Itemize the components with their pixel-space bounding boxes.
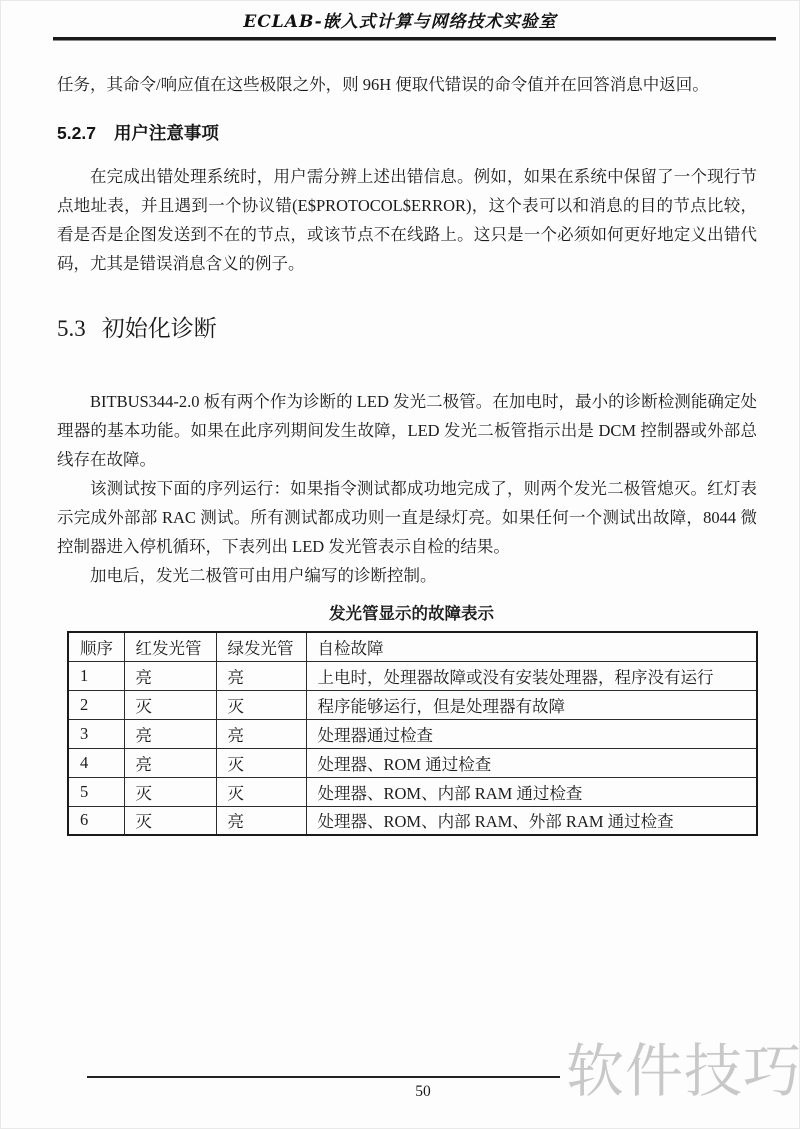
column-header-selftest-fault: 自检故障 bbox=[306, 632, 757, 661]
paragraph-test-sequence: 该测试按下面的序列运行：如果指令测试都成功地完成了，则两个发光二极管熄灭。红灯表… bbox=[57, 474, 757, 561]
cell-red-led: 灭 bbox=[124, 690, 216, 719]
cell-fault-desc: 处理器、ROM、内部 RAM、外部 RAM 通过检查 bbox=[306, 806, 757, 835]
header-double-rule bbox=[53, 37, 776, 41]
cell-green-led: 亮 bbox=[216, 719, 306, 748]
cell-sequence: 6 bbox=[68, 806, 124, 835]
section-number: 5.3 bbox=[57, 316, 86, 341]
cell-fault-desc: 处理器、ROM 通过检查 bbox=[306, 748, 757, 777]
page-number: 50 bbox=[398, 1083, 448, 1101]
section-title: 用户注意事项 bbox=[114, 123, 219, 143]
cell-fault-desc: 上电时，处理器故障或没有安装处理器，程序没有运行 bbox=[306, 661, 757, 690]
column-header-green-led: 绿发光管 bbox=[216, 632, 306, 661]
table-caption: 发光管显示的故障表示 bbox=[67, 600, 756, 624]
column-header-sequence: 顺序 bbox=[68, 632, 124, 661]
section-heading-53: 5.3初始化诊断 bbox=[57, 310, 757, 343]
cell-fault-desc: 程序能够运行，但是处理器有故障 bbox=[306, 690, 757, 719]
table-row: 3 亮 亮 处理器通过检查 bbox=[68, 719, 757, 748]
cell-green-led: 灭 bbox=[216, 690, 306, 719]
led-fault-table: 顺序 红发光管 绿发光管 自检故障 1 亮 亮 上电时，处理器故障或没有安装处理… bbox=[67, 631, 758, 836]
cell-red-led: 亮 bbox=[124, 661, 216, 690]
table-row: 1 亮 亮 上电时，处理器故障或没有安装处理器，程序没有运行 bbox=[68, 661, 757, 690]
cell-sequence: 2 bbox=[68, 690, 124, 719]
page-header: ECLAB-嵌入式计算与网络技术实验室 bbox=[0, 0, 800, 41]
cell-red-led: 亮 bbox=[124, 748, 216, 777]
paragraph-led-intro: BITBUS344-2.0 板有两个作为诊断的 LED 发光二极管。在加电时，最… bbox=[57, 387, 757, 474]
cell-sequence: 3 bbox=[68, 719, 124, 748]
paragraph-carryover: 任务，其命令/响应值在这些极限之外，则 96H 便取代错误的命令值并在回答消息中… bbox=[57, 70, 757, 99]
document-body: 任务，其命令/响应值在这些极限之外，则 96H 便取代错误的命令值并在回答消息中… bbox=[57, 70, 757, 836]
paragraph-power-on: 加电后，发光二极管可由用户编写的诊断控制。 bbox=[57, 561, 757, 590]
cell-red-led: 灭 bbox=[124, 806, 216, 835]
cell-green-led: 亮 bbox=[216, 661, 306, 690]
cell-sequence: 5 bbox=[68, 777, 124, 806]
watermark-text: 软件技巧 bbox=[566, 1040, 800, 1104]
table-row: 5 灭 灭 处理器、ROM、内部 RAM 通过检查 bbox=[68, 777, 757, 806]
cell-red-led: 灭 bbox=[124, 777, 216, 806]
cell-fault-desc: 处理器、ROM、内部 RAM 通过检查 bbox=[306, 777, 757, 806]
section-title: 初始化诊断 bbox=[102, 316, 217, 341]
lab-header-title: ECLAB-嵌入式计算与网络技术实验室 bbox=[0, 7, 800, 32]
table-row: 2 灭 灭 程序能够运行，但是处理器有故障 bbox=[68, 690, 757, 719]
paragraph-user-notes: 在完成出错处理系统时，用户需分辨上述出错信息。例如，如果在系统中保留了一个现行节… bbox=[57, 162, 757, 278]
cell-fault-desc: 处理器通过检查 bbox=[306, 719, 757, 748]
footer-rule bbox=[87, 1076, 560, 1078]
cell-red-led: 亮 bbox=[124, 719, 216, 748]
table-row: 6 灭 亮 处理器、ROM、内部 RAM、外部 RAM 通过检查 bbox=[68, 806, 757, 835]
table-row: 4 亮 灭 处理器、ROM 通过检查 bbox=[68, 748, 757, 777]
document-page: ECLAB-嵌入式计算与网络技术实验室 任务，其命令/响应值在这些极限之外，则 … bbox=[0, 0, 800, 1129]
table-header-row: 顺序 红发光管 绿发光管 自检故障 bbox=[68, 632, 757, 661]
cell-sequence: 1 bbox=[68, 661, 124, 690]
cell-green-led: 灭 bbox=[216, 777, 306, 806]
cell-green-led: 灭 bbox=[216, 748, 306, 777]
cell-green-led: 亮 bbox=[216, 806, 306, 835]
cell-sequence: 4 bbox=[68, 748, 124, 777]
column-header-red-led: 红发光管 bbox=[124, 632, 216, 661]
section-number: 5.2.7 bbox=[57, 123, 96, 143]
section-heading-527: 5.2.7用户注意事项 bbox=[57, 120, 757, 145]
